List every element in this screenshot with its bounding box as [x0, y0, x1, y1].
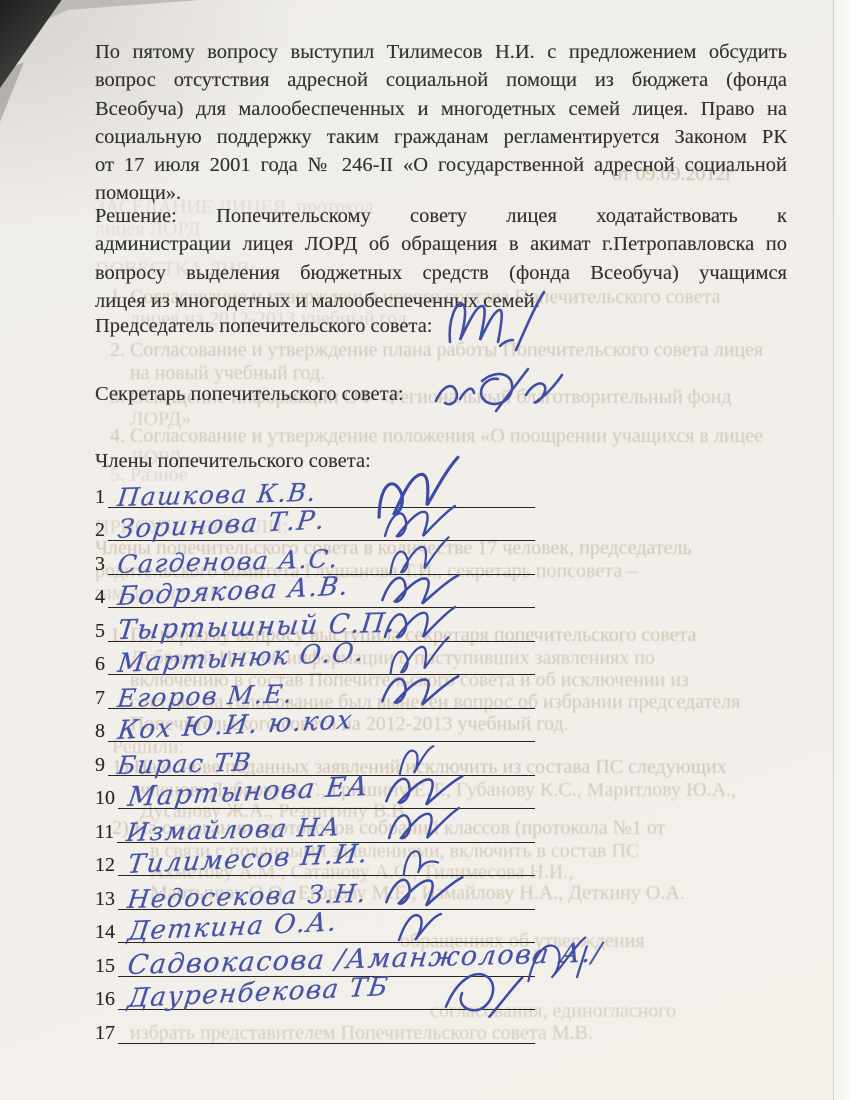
bleedthrough-text: 4. Согласование и утверждение положения …: [110, 425, 763, 447]
member-row: 7 Егоров М.Е.: [95, 675, 535, 709]
member-number: 6: [95, 654, 108, 675]
secretary-signature: [430, 365, 570, 417]
signature-line: Бирас ТВ: [108, 741, 535, 776]
member-signature: [439, 966, 527, 1021]
member-name-handwritten: Кох Ю.И. ю.кох: [116, 705, 355, 746]
member-number: 8: [95, 721, 108, 742]
member-row: 11 Измайлова НА: [95, 809, 535, 843]
members-label: Члены попечительского совета:: [95, 450, 371, 473]
member-row: 1 Пашкова К.В.: [95, 474, 535, 508]
chairman-label: Председатель попечительского совета:: [95, 315, 433, 338]
paragraph-question-five: По пятому вопросу выступил Тилимесов Н.И…: [95, 38, 787, 208]
paragraph-line: администрации лицея ЛОРД об обращения в …: [95, 230, 787, 258]
member-number: 3: [95, 554, 108, 575]
signature-line: Измайлова НА: [117, 808, 535, 843]
signature-line: Недосекова З.Н.: [118, 875, 535, 910]
member-name-handwritten: Мартынова ЕА: [126, 771, 371, 813]
paragraph-line: вопрос отсутствия адресной социальной по…: [95, 66, 787, 94]
member-number: 2: [95, 520, 108, 541]
signature-line: Мартынова ЕА: [118, 775, 535, 810]
signature-line: Зоринова Т.Р.: [108, 507, 535, 542]
member-row: 10 Мартынова ЕА: [95, 776, 535, 810]
paragraph-line: лицея из многодетных и малообеспеченных …: [95, 287, 787, 315]
member-row: 3 Сагденова А.С.: [95, 541, 535, 575]
member-row: 12 Тилимесов Н.И.: [95, 843, 535, 877]
member-name-handwritten: Дауренбекова ТБ: [126, 972, 391, 1014]
member-number: 11: [95, 822, 117, 843]
signature-line: Сагденова А.С.: [108, 540, 535, 575]
signature-line: Кох Ю.И. ю.кох: [108, 708, 535, 743]
signature-line: Тыртышный С.П.: [108, 607, 535, 642]
member-signature: [385, 904, 465, 950]
paragraph-line: социальную поддержку таким гражданам рег…: [95, 123, 787, 151]
bleedthrough-text: 2. Согласование и утверждение плана рабо…: [110, 339, 763, 361]
member-number: 16: [95, 989, 118, 1010]
paragraph-line: Решение: Попечительскому совету лицея хо…: [95, 202, 787, 230]
member-row: 6 Мартынюк О.О.: [95, 642, 535, 676]
member-name-handwritten: Тилимесов Н.И.: [126, 839, 371, 880]
signature-line: Тилимесов Н.И.: [118, 842, 535, 877]
signature-line: Бодрякова А.В.: [108, 574, 535, 609]
signature-line: Деткина О.А.: [118, 909, 535, 944]
member-row: 2 Зоринова Т.Р.: [95, 508, 535, 542]
member-number: 13: [95, 889, 118, 910]
signature-line: Дауренбекова ТБ: [118, 976, 535, 1011]
member-row: 9 Бирас ТВ: [95, 742, 535, 776]
members-signature-list: 1 Пашкова К.В. 2 Зоринова Т.Р. 3 Сагдено…: [95, 474, 535, 1044]
paragraph-line: от 17 июля 2001 года № 246-II «О государ…: [95, 151, 787, 179]
scanned-protocol-page: { "document": { "paragraph1": { "lines":…: [0, 0, 850, 1100]
member-number: 12: [95, 855, 118, 876]
member-row: 16 Дауренбекова ТБ: [95, 977, 535, 1011]
member-name-handwritten: Мартынюк О.О.: [116, 638, 367, 679]
member-number: 15: [95, 956, 118, 977]
paragraph-decision: Решение: Попечительскому совету лицея хо…: [95, 202, 787, 315]
member-number: 9: [95, 755, 108, 776]
paragraph-line: вопросу выделения бюджетных средств (фон…: [95, 259, 787, 287]
signature-line: Мартынюк О.О.: [108, 641, 535, 676]
member-name-handwritten: Бодрякова А.В.: [116, 571, 351, 612]
member-row: 4 Бодрякова А.В.: [95, 575, 535, 609]
page-right-edge: [833, 0, 850, 1100]
member-row: 14 Деткина О.А.: [95, 910, 535, 944]
member-row: 5 Тыртышный С.П.: [95, 608, 535, 642]
member-number: 4: [95, 587, 108, 608]
paragraph-line: Всеобуча) для малообеспеченных и многоде…: [95, 95, 787, 123]
member-number: 7: [95, 688, 108, 709]
signature-line: Пашкова К.В.: [108, 473, 535, 508]
chairman-signature: [442, 290, 562, 354]
signature-line: Егоров М.Е.: [108, 674, 535, 709]
member-signature: [377, 665, 465, 720]
member-number: 1: [95, 487, 108, 508]
secretary-label: Секретарь попечительского совета:: [95, 383, 404, 406]
member-number: 5: [95, 621, 108, 642]
paragraph-line: По пятому вопросу выступил Тилимесов Н.И…: [95, 38, 787, 66]
member-number: 17: [95, 1023, 118, 1044]
member-row: 8 Кох Ю.И. ю.кох: [95, 709, 535, 743]
member-row: 13 Недосекова З.Н.: [95, 876, 535, 910]
bleedthrough-text: на новый учебный год.: [130, 362, 325, 384]
member-number: 10: [95, 788, 118, 809]
member-number: 14: [95, 922, 118, 943]
